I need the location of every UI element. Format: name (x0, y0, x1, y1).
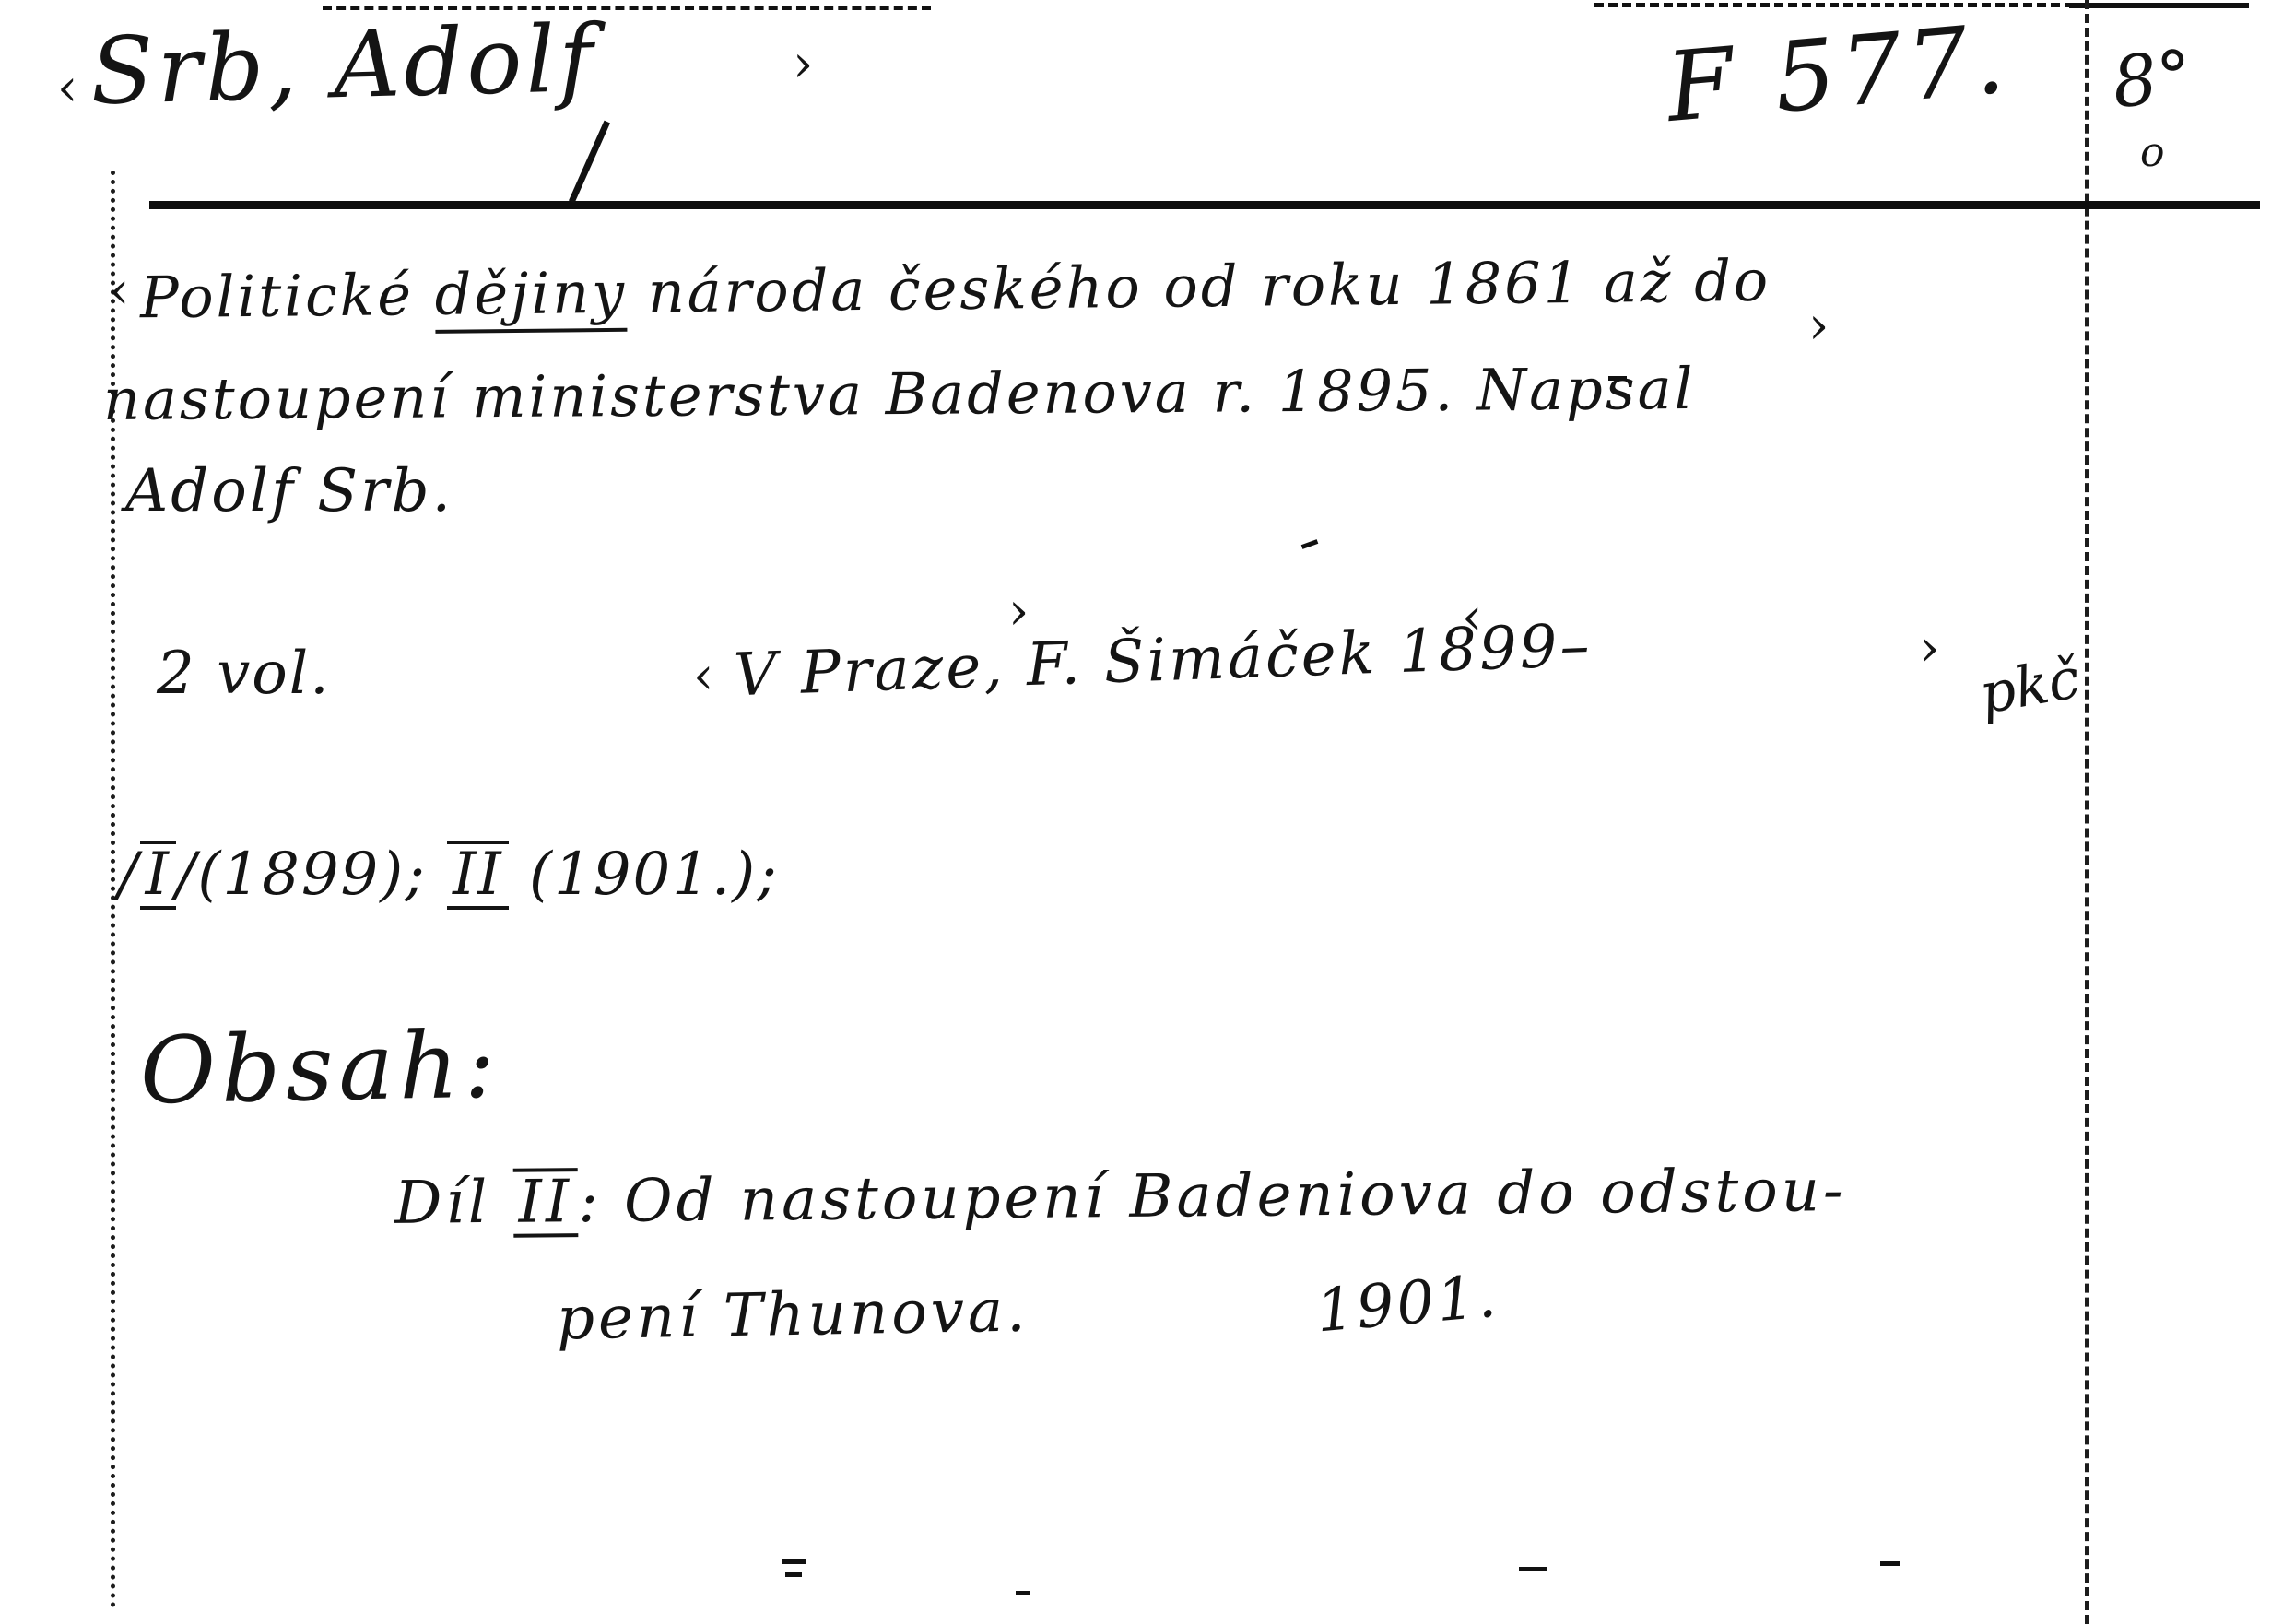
title-line-3-author-statement: Adolf Srb. (125, 459, 453, 524)
title-line-1: Politické dějiny národa českého od roku … (140, 250, 1771, 330)
scan-artifact (785, 1572, 802, 1577)
holdings-statement: /I/(1899); II (1901.); (118, 841, 779, 910)
scan-artifact (569, 121, 610, 204)
header-rule (149, 201, 2260, 209)
scan-artifact (1519, 1567, 1547, 1571)
insertion-caret-mark: ‹ (57, 63, 77, 114)
holdings-slash: / (176, 841, 198, 909)
insertion-caret-mark: › (1919, 623, 1939, 675)
right-margin-dashed-line (2085, 0, 2089, 1624)
holdings-volume-2-year: (1901.); (529, 841, 779, 909)
format-flourish: o (2140, 131, 2165, 175)
scan-artifact (2069, 3, 2249, 8)
insertion-caret-mark: ‹ (109, 265, 129, 317)
scan-artifact (1301, 539, 1319, 549)
scan-artifact (782, 1559, 806, 1564)
insertion-caret-mark: › (793, 39, 813, 90)
scan-artifact (1880, 1561, 1900, 1566)
part-label: Díl (394, 1169, 513, 1238)
title-line-2: nastoupení ministerstva Badenova r. 1895… (103, 358, 1696, 431)
title-underlined-word: dějiny (434, 259, 627, 334)
holdings-volume-2-numeral: II (447, 841, 509, 910)
part-title: : Od nastoupení Badeniova do odstou- (578, 1157, 1847, 1236)
author-heading: Srb, Adolf (89, 8, 598, 123)
scan-artifact (1608, 376, 1627, 381)
scan-artifact (1016, 1591, 1030, 1595)
insertion-caret-mark: ‹ (693, 651, 713, 702)
insertion-caret-mark: › (1008, 586, 1029, 638)
contents-part-line-1: Díl II: Od nastoupení Badeniova do odsto… (394, 1157, 1847, 1239)
contents-part-line-2: pení Thunova. (556, 1279, 1030, 1352)
title-text: Politické (140, 261, 435, 331)
contents-label: Obsah: (139, 1015, 501, 1123)
contents-part-year: 1901. (1313, 1264, 1501, 1344)
holdings-volume-1-year: (1899); (197, 841, 426, 909)
title-text: národa českého od roku 1861 až do (627, 247, 1771, 326)
insertion-caret-mark: ‹ (1462, 592, 1482, 643)
holdings-slash: / (118, 841, 140, 909)
holdings-volume-1-numeral: I (140, 841, 176, 910)
part-numeral: II (512, 1168, 578, 1238)
price-annotation: pkč (1975, 648, 2084, 725)
insertion-caret-mark: › (1808, 300, 1829, 352)
format-designation: 8° (2109, 37, 2196, 122)
volume-statement: 2 vol. (157, 641, 331, 706)
call-number: F 577. (1663, 6, 2014, 140)
